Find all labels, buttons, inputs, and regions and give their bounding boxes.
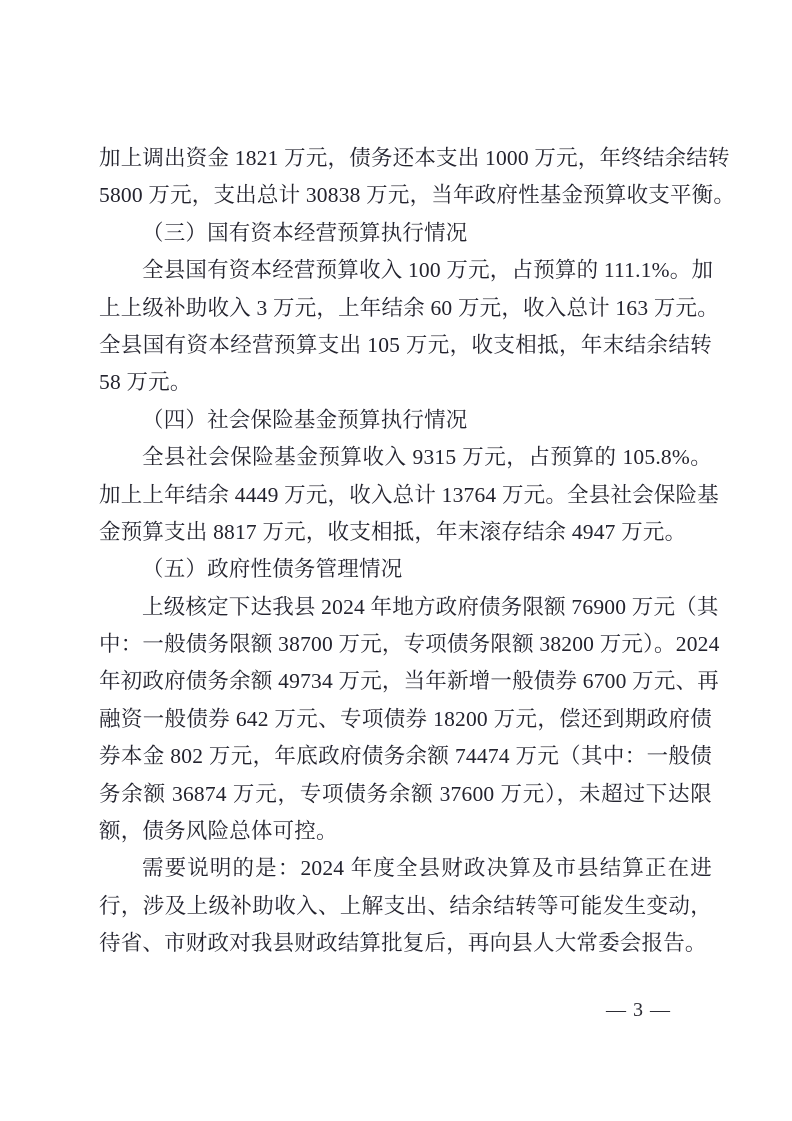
text-line: 金预算支出 8817 万元，收支相抵，年末滚存结余 4947 万元。 [99, 514, 712, 551]
text-line: 需要说明的是：2024 年度全县财政决算及市县结算正在进 [99, 850, 712, 887]
section-heading: （三）国有资本经营预算执行情况 [99, 215, 712, 252]
text-line: 全县国有资本经营预算收入 100 万元，占预算的 111.1%。加 [99, 252, 712, 289]
text-line: 全县国有资本经营预算支出 105 万元，收支相抵，年末结余结转 [99, 327, 712, 364]
text-line: 5800 万元，支出总计 30838 万元，当年政府性基金预算收支平衡。 [99, 177, 712, 214]
text-line: 全县社会保险基金预算收入 9315 万元，占预算的 105.8%。 [99, 439, 712, 476]
text-line: 加上调出资金 1821 万元，债务还本支出 1000 万元，年终结余结转 [99, 140, 712, 177]
section-heading: （五）政府性债务管理情况 [99, 551, 712, 588]
text-line: 行，涉及上级补助收入、上解支出、结余结转等可能发生变动， [99, 888, 712, 925]
text-line: 中：一般债务限额 38700 万元，专项债务限额 38200 万元）。2024 [99, 626, 712, 663]
document-body: 加上调出资金 1821 万元，债务还本支出 1000 万元，年终结余结转5800… [99, 140, 712, 963]
text-line: 年初政府债务余额 49734 万元，当年新增一般债券 6700 万元、再 [99, 663, 712, 700]
text-line: 融资一般债券 642 万元、专项债券 18200 万元，偿还到期政府债 [99, 701, 712, 738]
text-line: 上上级补助收入 3 万元，上年结余 60 万元，收入总计 163 万元。 [99, 290, 712, 327]
text-line: 务余额 36874 万元，专项债务余额 37600 万元），未超过下达限 [99, 776, 712, 813]
text-line: 待省、市财政对我县财政结算批复后，再向县人大常委会报告。 [99, 925, 712, 962]
page-number: — 3 — [606, 995, 716, 1025]
document-page: 加上调出资金 1821 万元，债务还本支出 1000 万元，年终结余结转5800… [0, 0, 792, 1121]
text-line: 额，债务风险总体可控。 [99, 813, 712, 850]
text-line: 上级核定下达我县 2024 年地方政府债务限额 76900 万元（其 [99, 589, 712, 626]
text-line: 58 万元。 [99, 364, 712, 401]
section-heading: （四）社会保险基金预算执行情况 [99, 402, 712, 439]
text-line: 券本金 802 万元，年底政府债务余额 74474 万元（其中：一般债 [99, 738, 712, 775]
text-line: 加上上年结余 4449 万元，收入总计 13764 万元。全县社会保险基 [99, 477, 712, 514]
